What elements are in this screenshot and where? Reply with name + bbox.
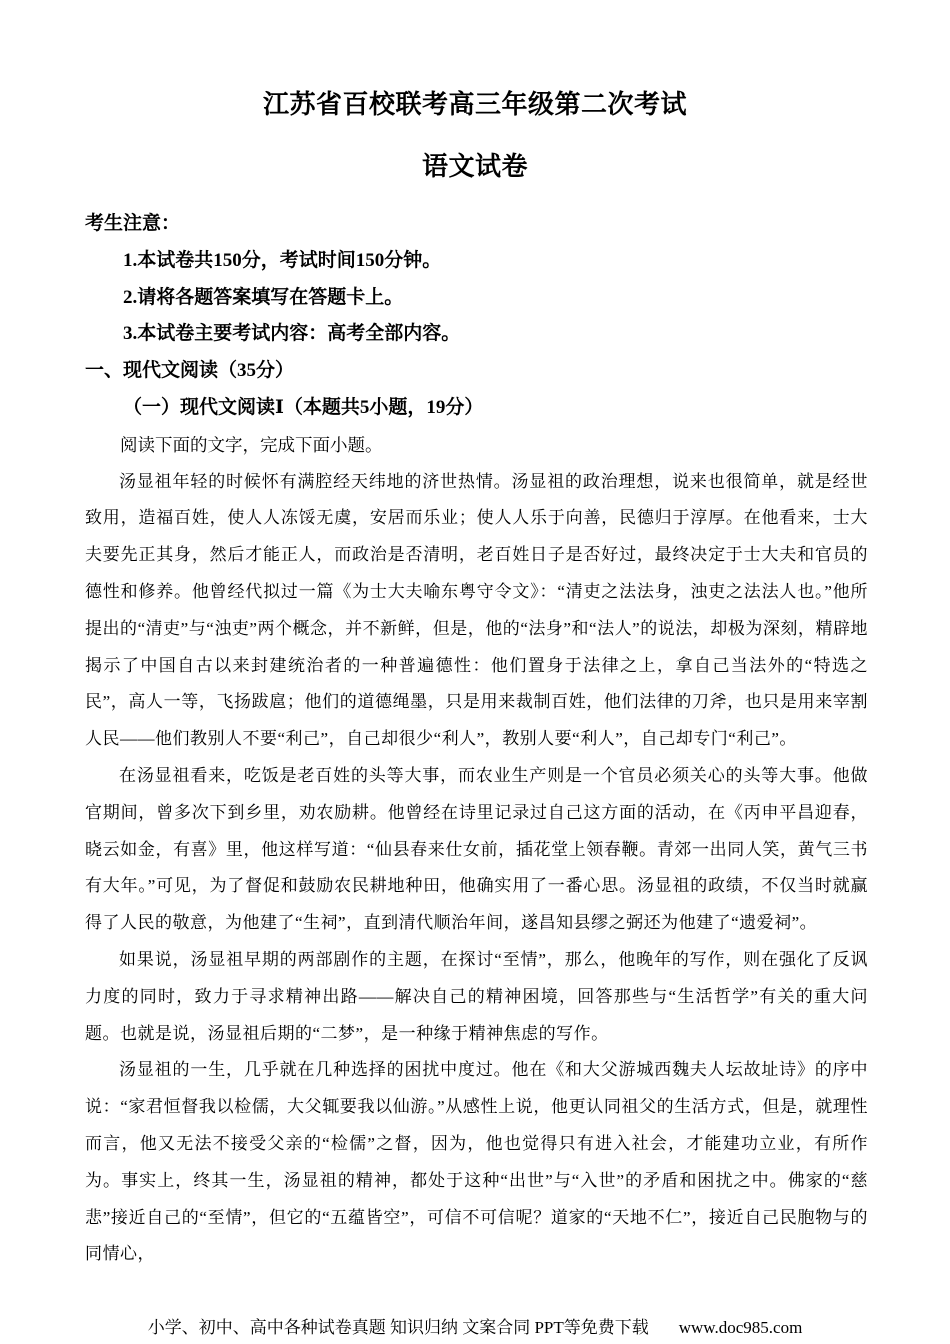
document-body: 考生注意： 1.本试卷共150分，考试时间150分钟。 2.请将各题答案填写在答…	[0, 206, 950, 1273]
page-footer: 小学、初中、高中各种试卷真题 知识归纳 文案合同 PPT等免费下载www.doc…	[0, 1317, 950, 1339]
notice-item-1: 1.本试卷共150分，考试时间150分钟。	[85, 243, 868, 280]
page-title: 江苏省百校联考高三年级第二次考试	[0, 0, 950, 120]
page-subtitle: 语文试卷	[0, 152, 950, 182]
footer-promo-text: 小学、初中、高中各种试卷真题 知识归纳 文案合同 PPT等免费下载	[148, 1318, 649, 1337]
passage-paragraph-2: 在汤显祖看来，吃饭是老百姓的头等大事，而农业生产则是一个官员必须关心的头等大事。…	[85, 758, 868, 942]
passage-paragraph-4: 汤显祖的一生，几乎就在几种选择的困扰中度过。他在《和大父游城西魏夫人坛故址诗》的…	[85, 1052, 868, 1273]
notice-item-2: 2.请将各题答案填写在答题卡上。	[85, 280, 868, 317]
section-heading-modern-text-reading: 一、现代文阅读（35分）	[85, 353, 868, 390]
subsection-heading-reading-1: （一）现代文阅读Ⅰ（本题共5小题，19分）	[85, 390, 868, 427]
passage-paragraph-1: 汤显祖年轻的时候怀有满腔经天纬地的济世热情。汤显祖的政治理想，说来也很简单，就是…	[85, 464, 868, 758]
notice-item-3: 3.本试卷主要考试内容：高考全部内容。	[85, 316, 868, 353]
exam-paper-page: 江苏省百校联考高三年级第二次考试 语文试卷 考生注意： 1.本试卷共150分，考…	[0, 0, 950, 1344]
notice-heading: 考生注意：	[85, 206, 868, 243]
reading-instruction: 阅读下面的文字，完成下面小题。	[85, 427, 868, 464]
passage-paragraph-3: 如果说，汤显祖早期的两部剧作的主题，在探讨“至情”，那么，他晚年的写作，则在强化…	[85, 942, 868, 1052]
footer-url: www.doc985.com	[679, 1318, 803, 1337]
